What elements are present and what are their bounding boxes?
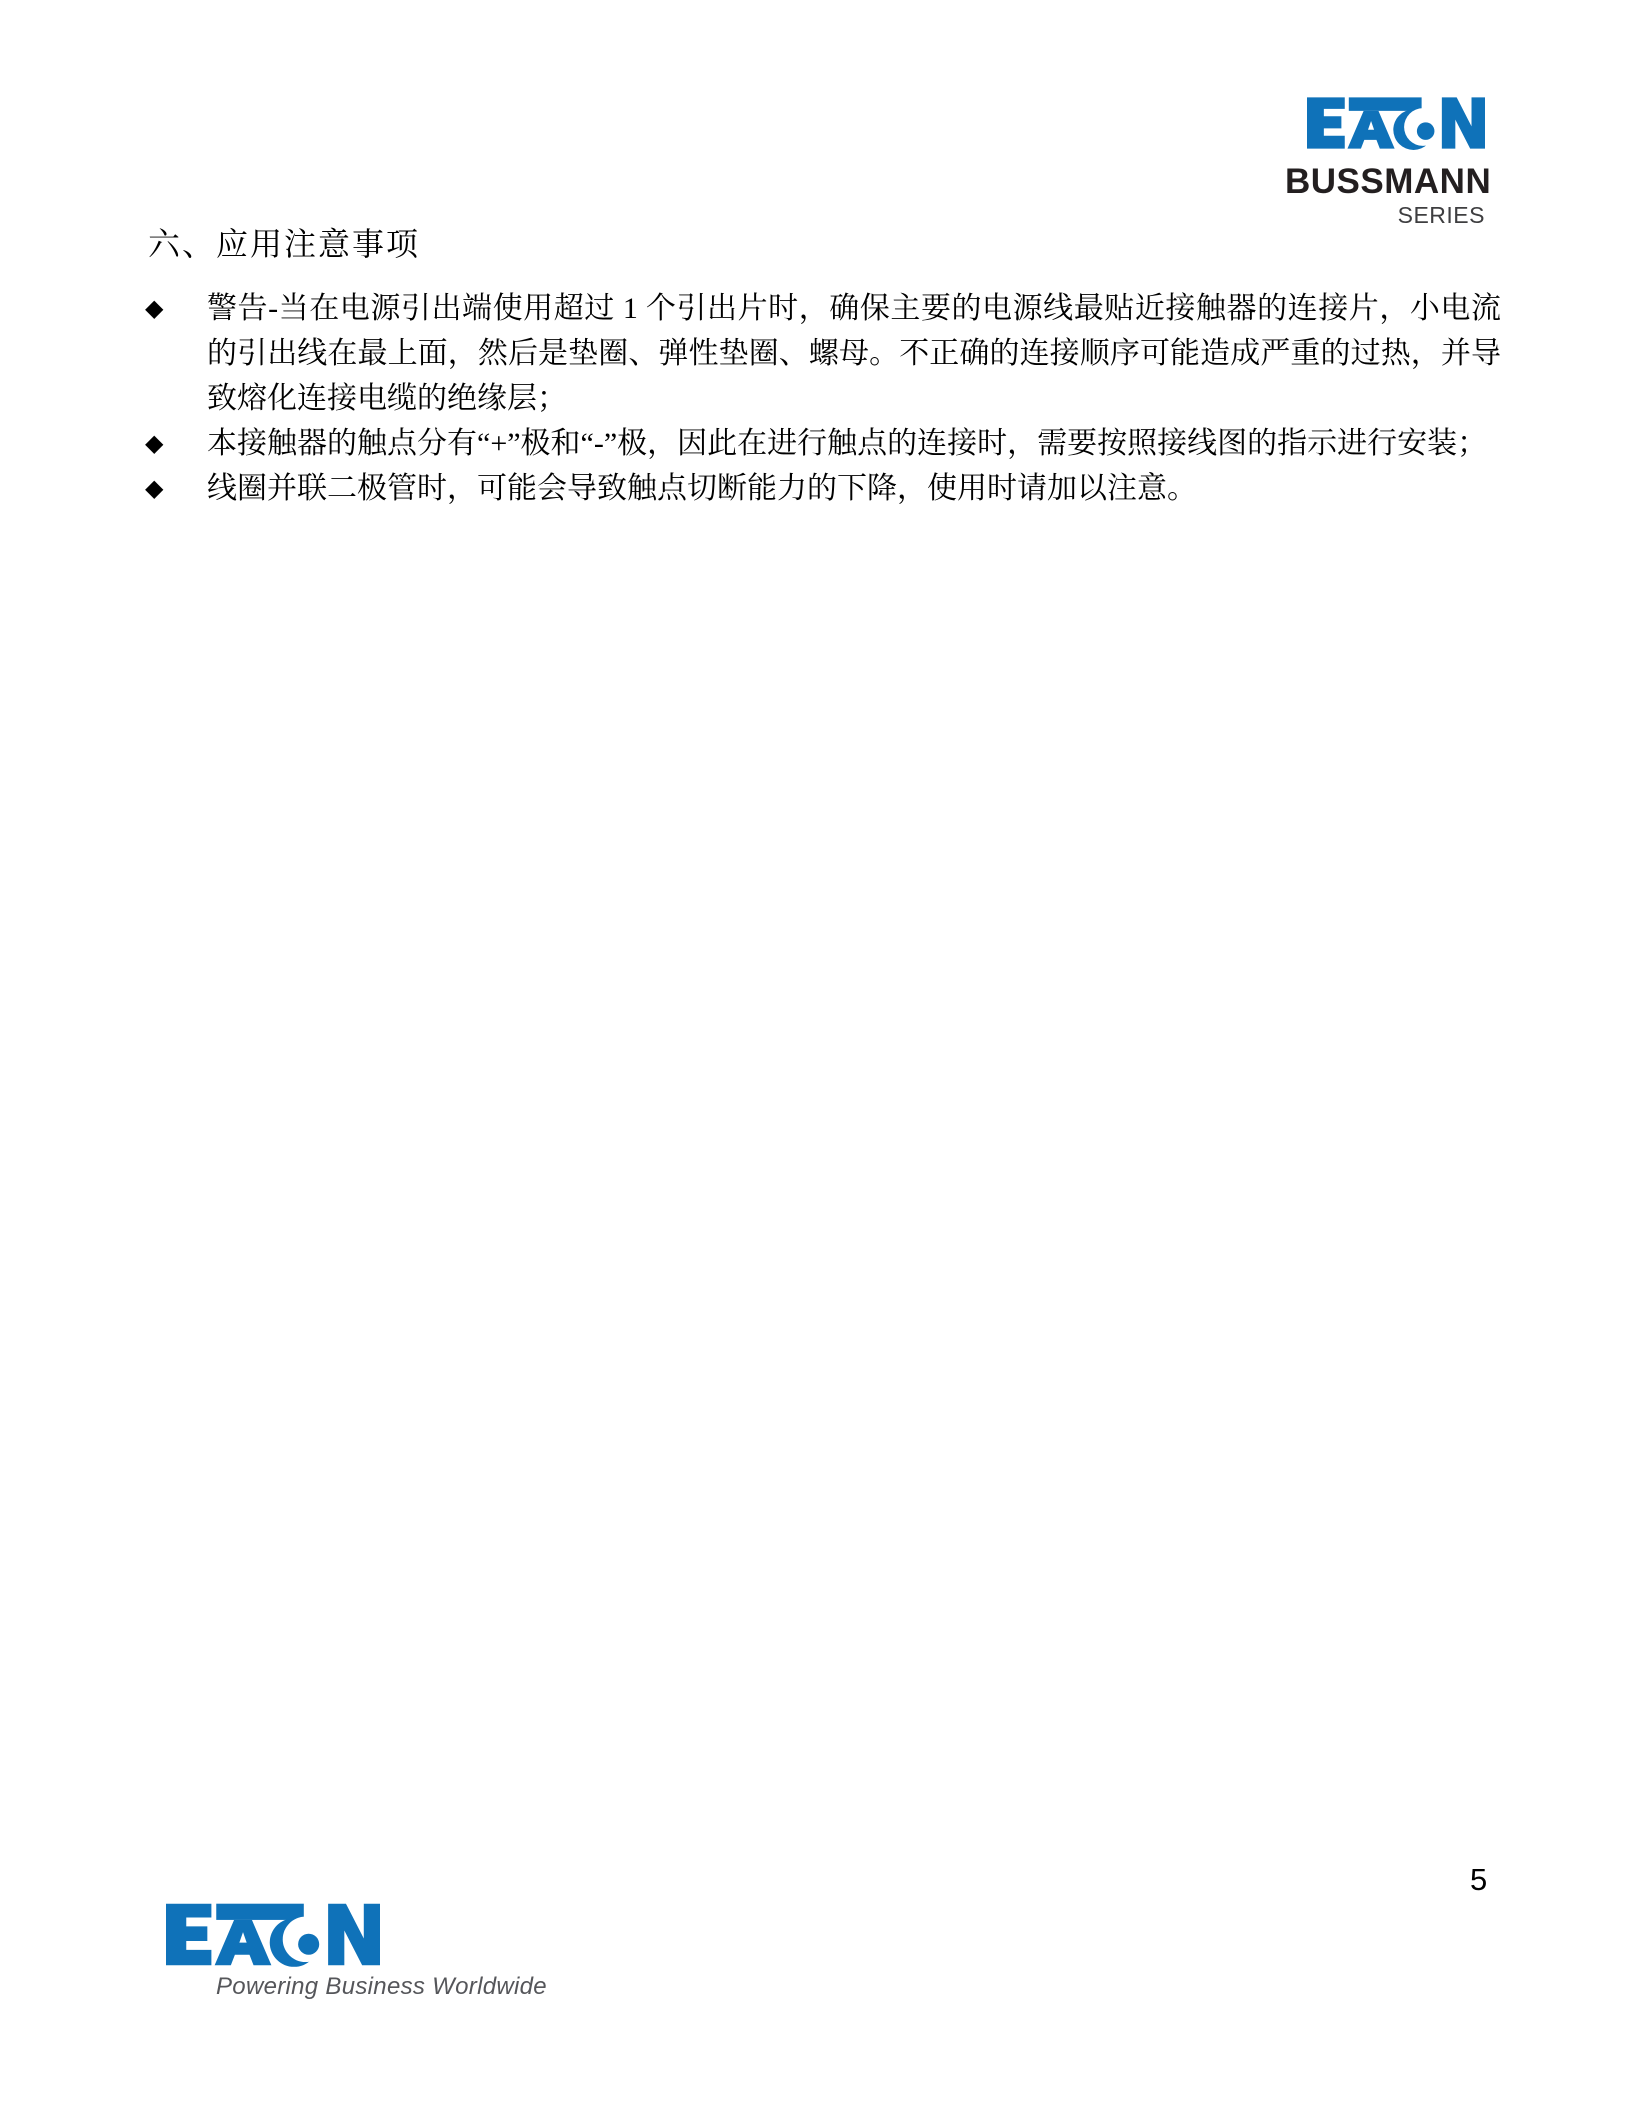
footer-brand-block: Powering Business Worldwide: [166, 1902, 526, 1999]
note-text-2: 本接触器的触点分有“+”极和“-”极，因此在进行触点的连接时，需要按照接线图的指…: [207, 427, 1487, 460]
diamond-bullet-icon: ◆: [145, 466, 175, 511]
note-text-1: 警告-当在电源引出端使用超过 1 个引出片时，确保主要的电源线最贴近接触器的连接…: [207, 292, 1501, 415]
eaton-logo-icon: [166, 1902, 380, 1967]
eaton-logo-icon: [1307, 96, 1485, 150]
brand-tagline: Powering Business Worldwide: [216, 1975, 526, 1999]
note-item-2: ◆ 本接触器的触点分有“+”极和“-”极，因此在进行触点的连接时，需要按照接线图…: [145, 421, 1501, 466]
note-item-3: ◆ 线圈并联二极管时，可能会导致触点切断能力的下降，使用时请加以注意。: [145, 466, 1501, 511]
note-text-3: 线圈并联二极管时，可能会导致触点切断能力的下降，使用时请加以注意。: [207, 472, 1197, 505]
diamond-bullet-icon: ◆: [145, 286, 175, 331]
section-heading: 六、应用注意事项: [148, 224, 420, 264]
header-brand-block: BUSSMANN SERIES: [1285, 96, 1485, 227]
note-item-1: ◆ 警告-当在电源引出端使用超过 1 个引出片时，确保主要的电源线最贴近接触器的…: [145, 286, 1501, 421]
diamond-bullet-icon: ◆: [145, 421, 175, 466]
notes-list: ◆ 警告-当在电源引出端使用超过 1 个引出片时，确保主要的电源线最贴近接触器的…: [145, 286, 1501, 511]
brand-series-label: SERIES: [1285, 204, 1485, 227]
page-number: 5: [1470, 1864, 1487, 1895]
brand-bussmann-label: BUSSMANN: [1285, 164, 1485, 199]
